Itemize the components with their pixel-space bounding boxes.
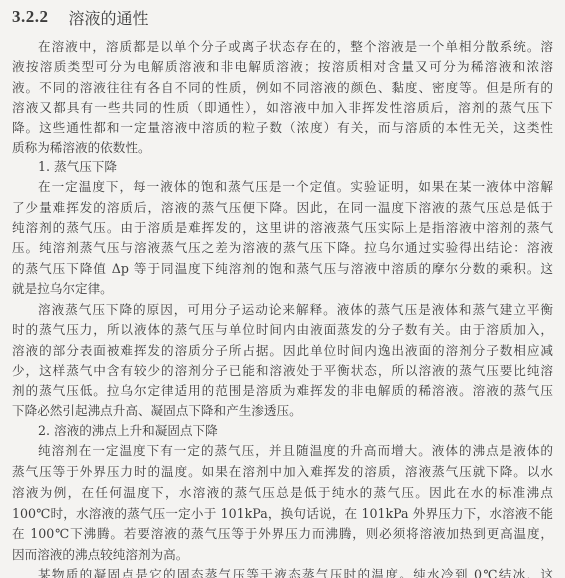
paragraph-line: 液。不同的溶液往往有各自不同的性质，例如不同溶液的颜色、黏度、密度等。但是所有的 [12,78,553,98]
paragraph-line: 的蒸气压下降值 Δp 等于同温度下纯溶剂的饱和蒸气压与溶液中溶质的摩尔分数的乘积… [12,259,553,279]
paragraph-line: 压。纯溶剂蒸气压与溶液蒸气压之差为溶液的蒸气压下降。拉乌尔通过实验得出结论：溶液 [12,238,553,258]
paragraph-line: 蒸气压等于外界压力时的温度。如果在溶剂中加入难挥发的溶质，溶液蒸气压就下降。以水 [12,462,553,482]
paragraph-line: 少，这样蒸气中含有较少的溶剂分子已能和溶液处于平衡状态，所以溶液的蒸气压要比纯溶 [12,361,553,381]
paragraph-line: 溶液又都具有一些共同的性质（即通性），如溶液中加入非挥发性溶质后，溶剂的蒸气压下 [12,98,553,118]
paragraph-line: 就是拉乌尔定律。 [12,279,553,299]
paragraph-line: 纯溶剂在一定温度下有一定的蒸气压，并且随温度的升高而增大。液体的沸点是液体的 [38,441,553,461]
paragraph-line: 下降必然引起沸点升高、凝固点下降和产生渗透压。 [12,401,553,421]
paragraph-line: 100℃时，水溶液的蒸气压一定小于 101kPa，换句话说，在 101kPa 外… [12,504,553,524]
paragraph-line: 纯溶剂的蒸气压。由于溶质是难挥发的，这里讲的溶液蒸气压实际上是指溶液中溶剂的蒸气 [12,218,553,238]
paragraph-line: 时的蒸气压力，所以液体的蒸气压与单位时间内由液面蒸发的分子数有关。由于溶质加入， [12,320,553,340]
paragraph-line: 液按溶质类型可分为电解质溶液和非电解质溶液；按溶质相对含量又可分为稀溶液和浓溶 [12,57,553,77]
paragraph-line: 溶液蒸气压下降的原因，可用分子运动论来解释。液体的蒸气压是液体和蒸气建立平衡 [38,300,553,320]
paragraph-line: 在溶液中，溶质都是以单个分子或离子状态存在的，整个溶液是一个单相分散系统。溶 [38,37,553,57]
subsection-heading-boiling-freezing: 2. 溶液的沸点上升和凝固点下降 [38,421,218,441]
subsection-heading-vapor-pressure: 1. 蒸气压下降 [38,157,117,177]
paragraph-line: 溶液的部分表面被难挥发的溶质分子所占据。因此单位时间内逸出液面的溶剂分子数相应减 [12,341,553,361]
paragraph-line: 在一定温度下，每一液体的饱和蒸气压是一个定值。实验证明，如果在某一液体中溶解 [38,177,553,197]
paragraph-line: 质称为稀溶液的依数性。 [12,138,553,158]
section-title: 溶液的通性 [69,6,149,29]
paragraph-line: 剂的蒸气压低。拉乌尔定律适用的范围是溶质为难挥发的非电解质的稀溶液。溶液的蒸气压 [12,381,553,401]
paragraph-line: 降。这些通性都和一定量溶液中溶质的粒子数（浓度）有关，而与溶质的本性无关，这类性 [12,118,553,138]
section-number: 3.2.2 [12,7,49,27]
paragraph-line: 了少量难挥发的溶质后，溶液的蒸气压便下降。因此，在同一温度下溶液的蒸气压总是低于 [12,198,553,218]
section-heading: 3.2.2 溶液的通性 [12,6,149,28]
textbook-page: 3.2.2 溶液的通性 在溶液中，溶质都是以单个分子或离子状态存在的，整个溶液是… [0,0,565,578]
paragraph-line: 溶液为例，在任何温度下，水溶液的蒸气压总是低于纯水的蒸气压。因此在水的标准沸点 [12,483,553,503]
paragraph-line: 因而溶液的沸点较纯溶剂为高。 [12,545,553,565]
paragraph-line: 某物质的凝固点是它的固态蒸气压等于液态蒸气压时的温度。纯水冷到 0℃结冰，这 [38,565,553,578]
paragraph-line: 在 100℃下沸腾。若要溶液的蒸气压等于外界压力而沸腾，则必须将溶液加热到更高温… [12,524,553,544]
